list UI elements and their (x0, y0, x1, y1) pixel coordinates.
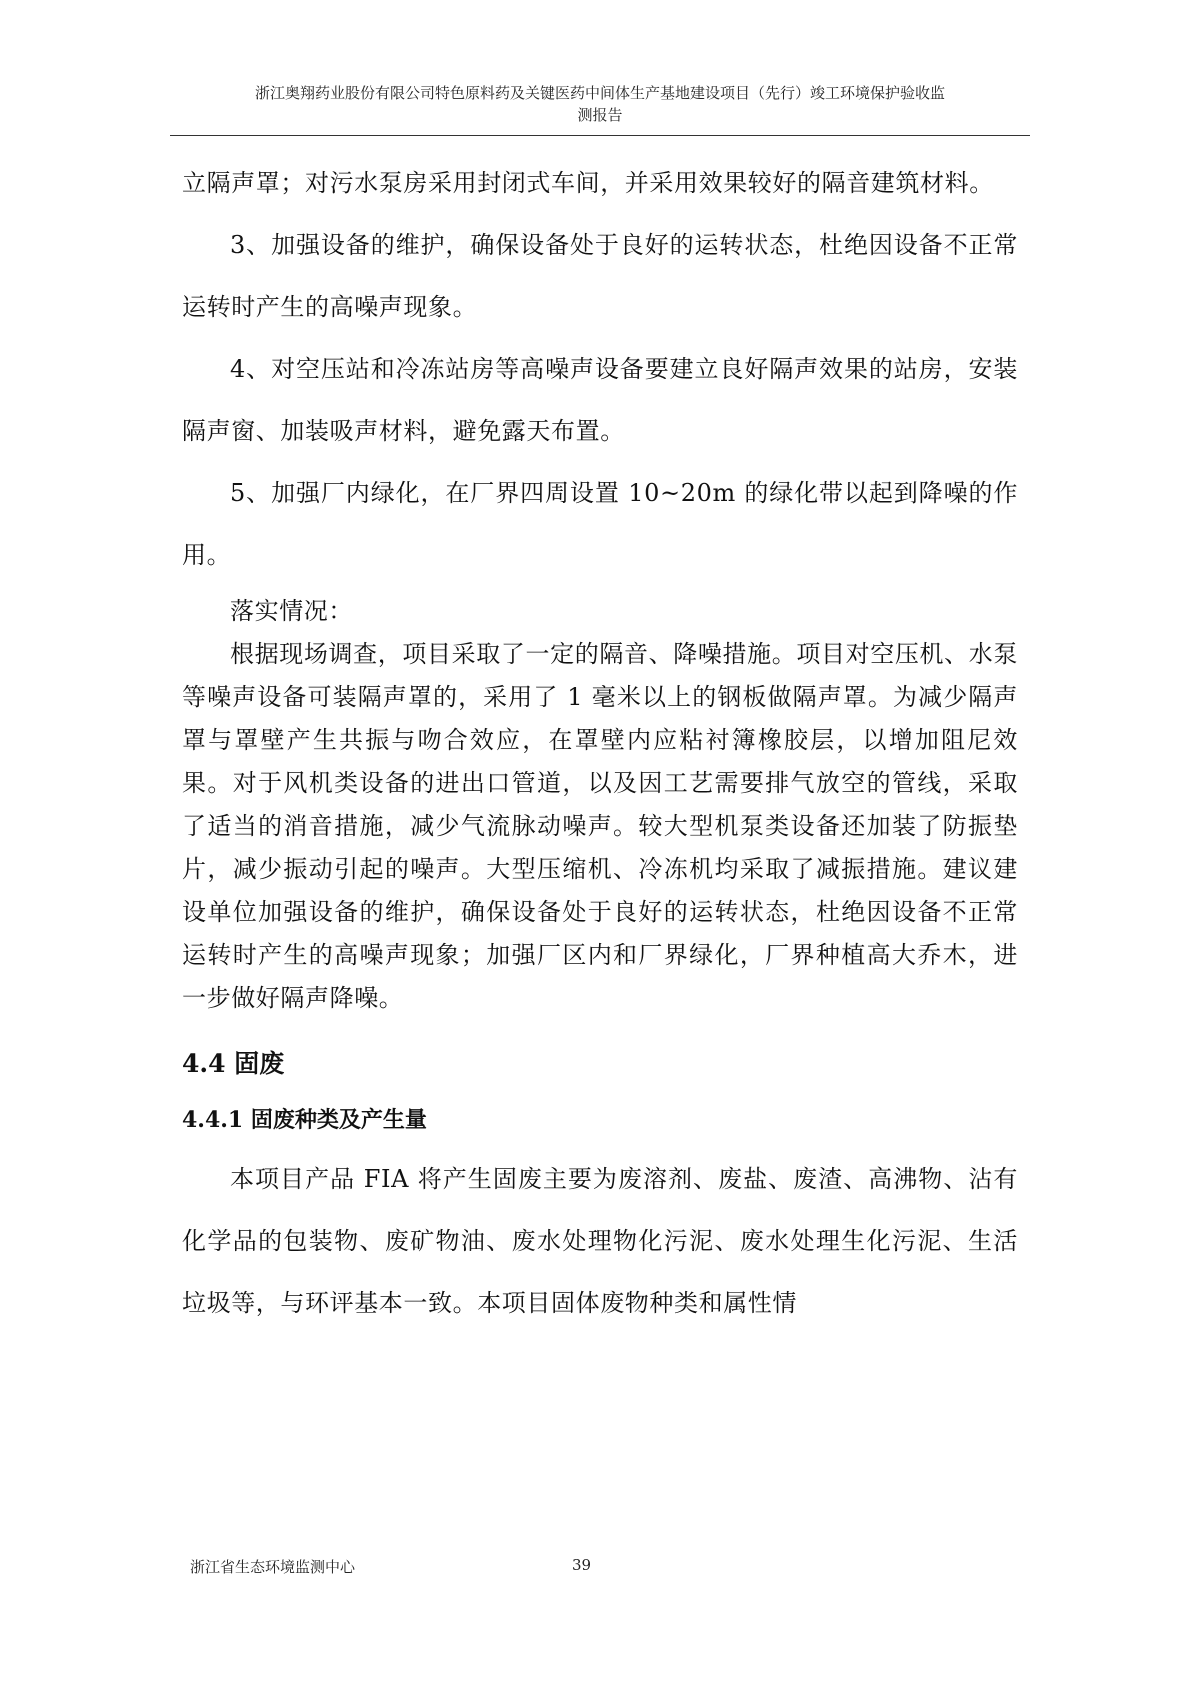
header-title-line2: 测报告 (170, 104, 1030, 126)
paragraph-continuation: 立隔声罩；对污水泵房采用封闭式车间，并采用效果较好的隔音建筑材料。 (182, 152, 1018, 214)
paragraph-item-5: 5、加强厂内绿化，在厂界四周设置 10~20m 的绿化带以起到降噪的作用。 (182, 462, 1018, 586)
page-number: 39 (572, 1556, 591, 1574)
footer-organization: 浙江省生态环境监测中心 (190, 1556, 355, 1577)
section-heading-4-4: 4.4 固废 (182, 1042, 1018, 1086)
page-header: 浙江奥翔药业股份有限公司特色原料药及关键医药中间体生产基地建设项目（先行）竣工环… (170, 82, 1030, 126)
document-body: 立隔声罩；对污水泵房采用封闭式车间，并采用效果较好的隔音建筑材料。 3、加强设备… (182, 152, 1018, 1334)
header-title-line1: 浙江奥翔药业股份有限公司特色原料药及关键医药中间体生产基地建设项目（先行）竣工环… (170, 82, 1030, 104)
paragraph-item-3: 3、加强设备的维护，确保设备处于良好的运转状态，杜绝因设备不正常运转时产生的高噪… (182, 214, 1018, 338)
paragraph-item-4: 4、对空压站和冷冻站房等高噪声设备要建立良好隔声效果的站房，安装隔声窗、加装吸声… (182, 338, 1018, 462)
implementation-paragraph: 根据现场调查，项目采取了一定的隔音、降噪措施。项目对空压机、水泵等噪声设备可装隔… (182, 633, 1018, 1020)
subsection-heading-4-4-1: 4.4.1 固废种类及产生量 (182, 1100, 1018, 1140)
solid-waste-paragraph: 本项目产品 FIA 将产生固废主要为废溶剂、废盐、废渣、高沸物、沾有化学品的包装… (182, 1148, 1018, 1334)
implementation-label: 落实情况： (182, 590, 1018, 633)
header-divider (170, 135, 1030, 136)
